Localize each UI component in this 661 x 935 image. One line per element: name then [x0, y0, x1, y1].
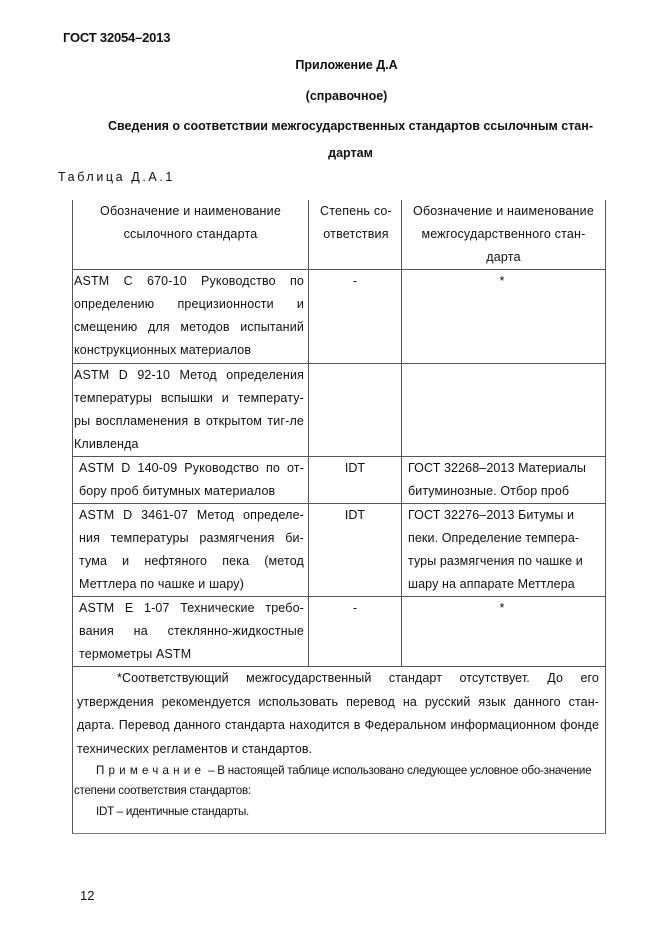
- table-row: ASTM D 3461-07 Метод определе-ния темпер…: [73, 504, 606, 597]
- document-code: ГОСТ 32054–2013: [63, 30, 170, 45]
- cell-reference-standard: ASTM D 3461-07 Метод определе-ния темпер…: [73, 504, 309, 597]
- cell-reference-standard: ASTM E 1-07 Технические требо-вания на с…: [73, 597, 309, 667]
- table-footnote-cell: *Соответствующий межгосударственный стан…: [73, 667, 606, 834]
- table-row: ASTM D 140-09 Руководство по от-бору про…: [73, 457, 606, 504]
- cell-interstate-standard: *: [402, 597, 606, 667]
- table-row: ASTM D 92-10 Метод определения температу…: [73, 364, 606, 457]
- header-interstate-standard: Обозначение и наименование межгосударств…: [402, 200, 606, 270]
- note-legend: IDT – идентичные стандарты.: [77, 801, 599, 823]
- footnote-text: *Соответствующий межгосударственный стан…: [77, 667, 599, 761]
- appendix-title: Приложение Д.А: [16, 58, 661, 72]
- header-degree: Степень со-ответствия: [309, 200, 402, 270]
- standards-table: Обозначение и наименование ссылочного ст…: [72, 200, 606, 834]
- table-row: ASTM E 1-07 Технические требо-вания на с…: [73, 597, 606, 667]
- appendix-kind: (справочное): [16, 89, 661, 103]
- cell-interstate-standard: [402, 364, 606, 457]
- info-title-line-2: дартам: [20, 146, 661, 160]
- cell-degree: IDT: [309, 457, 402, 504]
- header-reference-standard: Обозначение и наименование ссылочного ст…: [73, 200, 309, 270]
- cell-interstate-standard: *: [402, 270, 606, 364]
- cell-reference-standard: ASTM D 92-10 Метод определения температу…: [73, 364, 309, 457]
- cell-degree: IDT: [309, 504, 402, 597]
- note-label: Примечание: [96, 764, 205, 777]
- table-row: ASTM C 670-10 Руководство по определению…: [73, 270, 606, 364]
- cell-interstate-standard: ГОСТ 32276–2013 Битумы и пеки. Определен…: [402, 504, 606, 597]
- page-number: 12: [80, 888, 94, 903]
- table-caption: Таблица Д.А.1: [58, 170, 175, 184]
- table-footnote-row: *Соответствующий межгосударственный стан…: [73, 667, 606, 834]
- cell-degree: -: [309, 270, 402, 364]
- standards-table-container: Обозначение и наименование ссылочного ст…: [72, 200, 605, 834]
- cell-degree: -: [309, 597, 402, 667]
- cell-interstate-standard: ГОСТ 32268–2013 Материалы битуминозные. …: [402, 457, 606, 504]
- cell-reference-standard: ASTM D 140-09 Руководство по от-бору про…: [73, 457, 309, 504]
- cell-reference-standard: ASTM C 670-10 Руководство по определению…: [73, 270, 309, 364]
- cell-degree: [309, 364, 402, 457]
- table-header-row: Обозначение и наименование ссылочного ст…: [73, 200, 606, 270]
- note-paragraph: Примечание – В настоящей таблице использ…: [74, 761, 599, 801]
- info-title-line-1: Сведения о соответствии межгосударственн…: [20, 119, 661, 133]
